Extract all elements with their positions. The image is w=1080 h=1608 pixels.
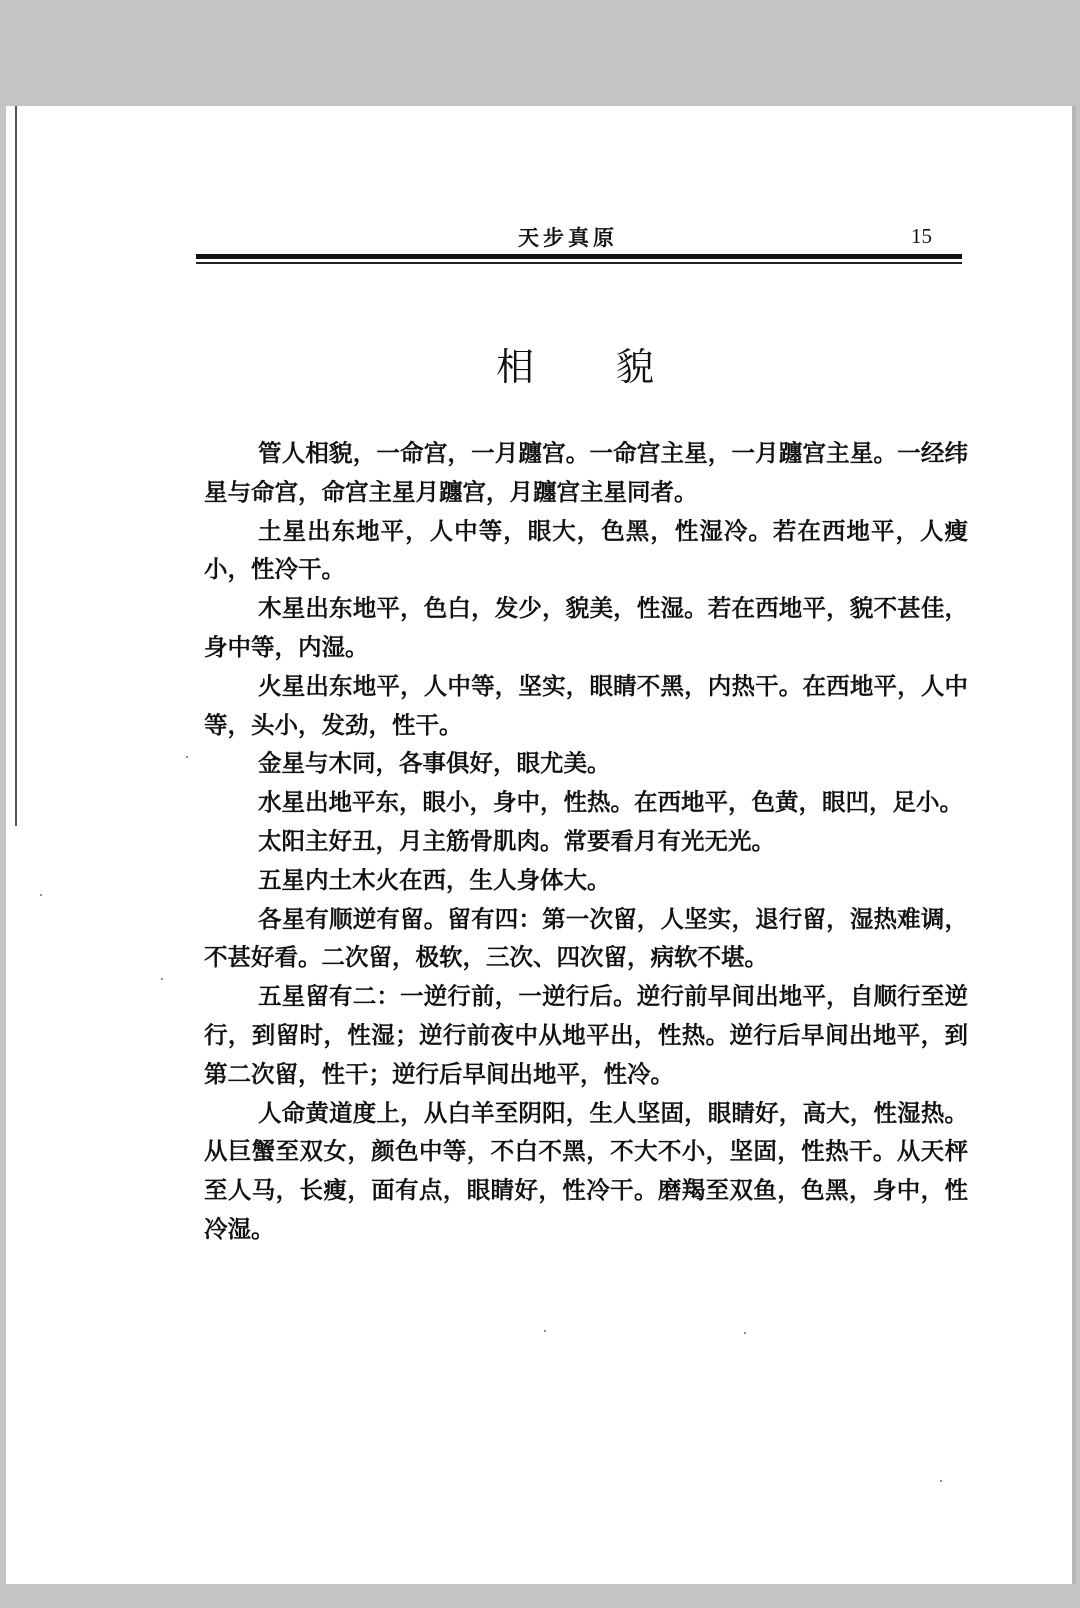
- paragraph: 人命黄道度上，从白羊至阴阳，生人坚固，眼睛好，高大，性湿热。从巨蟹至双女，颜色中…: [204, 1094, 968, 1249]
- header-rule-thick: [196, 254, 962, 259]
- paragraph: 木星出东地平，色白，发少，貌美，性湿。若在西地平，貌不甚佳，身中等，内湿。: [204, 589, 968, 667]
- paragraph: 火星出东地平，人中等，坚实，眼睛不黑，内热干。在西地平，人中等，头小，发劲，性干…: [204, 667, 968, 745]
- chapter-title-char: 貌: [616, 336, 654, 391]
- scan-speck: [544, 1330, 546, 1332]
- document-page: 天步真原 15 相 貌 管人相貌，一命宫，一月躔宫。一命宫主星，一月躔宫主星。一…: [6, 106, 1074, 1584]
- page-binding-edge: [15, 106, 17, 826]
- scan-speck: [186, 756, 188, 758]
- header-rule-thin: [196, 262, 962, 264]
- paragraph: 各星有顺逆有留。留有四：第一次留，人坚实，退行留，湿热难调，不甚好看。二次留，极…: [204, 900, 968, 978]
- page-right-edge: [1072, 106, 1076, 1584]
- scan-speck: [161, 978, 163, 980]
- paragraph: 管人相貌，一命宫，一月躔宫。一命宫主星，一月躔宫主星。一经纬星与命宫，命宫主星月…: [204, 434, 968, 512]
- paragraph: 金星与木同，各事俱好，眼尤美。: [204, 744, 968, 783]
- running-title: 天步真原: [518, 222, 618, 252]
- paragraph: 太阳主好丑，月主筋骨肌肉。常要看月有光无光。: [204, 822, 968, 861]
- chapter-title: 相 貌: [496, 336, 654, 391]
- page-number: 15: [911, 224, 932, 249]
- scan-speck: [940, 1480, 942, 1482]
- paragraph: 土星出东地平，人中等，眼大，色黑，性湿冷。若在西地平，人瘦小，性冷干。: [204, 512, 968, 590]
- paragraph: 五星内土木火在西，生人身体大。: [204, 861, 968, 900]
- scan-speck: [744, 1332, 746, 1334]
- paragraph: 水星出地平东，眼小，身中，性热。在西地平，色黄，眼凹，足小。: [204, 783, 968, 822]
- paragraph: 五星留有二：一逆行前，一逆行后。逆行前早间出地平，自顺行至逆行，到留时，性湿；逆…: [204, 977, 968, 1093]
- scan-speck: [40, 894, 42, 896]
- body-text: 管人相貌，一命宫，一月躔宫。一命宫主星，一月躔宫主星。一经纬星与命宫，命宫主星月…: [204, 434, 968, 1249]
- running-header: 天步真原 15: [196, 216, 962, 266]
- chapter-title-char: 相: [496, 336, 534, 391]
